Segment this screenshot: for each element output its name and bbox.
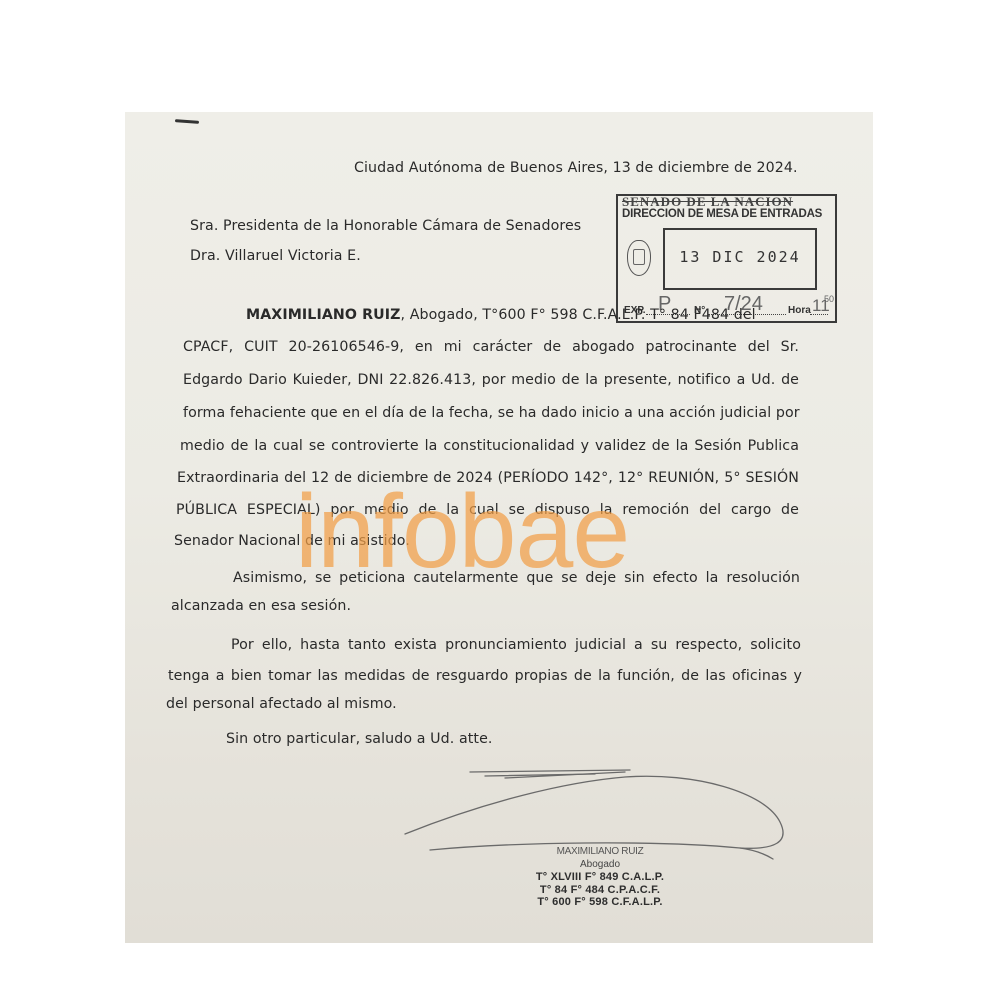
- signature-stamp: MAXIMILIANO RUIZ Abogado T° XLVIII F° 84…: [510, 846, 690, 909]
- infobae-watermark: infobae: [295, 480, 629, 584]
- paragraph-1-line-8: Senador Nacional de mi asistido.: [174, 533, 410, 549]
- paragraph-1-line-6: Extraordinaria del 12 de diciembre de 20…: [177, 470, 799, 486]
- signature-stamp-name: MAXIMILIANO RUIZ: [510, 846, 690, 859]
- paragraph-3-line-2: tenga a bien tomar las medidas de resgua…: [168, 668, 802, 684]
- paragraph-2-line-2: alcanzada en esa sesión.: [171, 598, 351, 614]
- place-date: Ciudad Autónoma de Buenos Aires, 13 de d…: [354, 160, 798, 176]
- closing-line: Sin otro particular, saludo a Ud. atte.: [226, 731, 493, 747]
- paragraph-2-line-1: Asimismo, se peticiona cautelarmente que…: [233, 570, 800, 586]
- paragraph-1-line-3: Edgardo Dario Kuieder, DNI 22.826.413, p…: [183, 372, 799, 388]
- paragraph-3-line-1: Por ello, hasta tanto exista pronunciami…: [231, 637, 801, 653]
- stamp-date-box: 13 DIC 2024: [663, 228, 817, 290]
- signature-stamp-reg-1: T° XLVIII F° 849 C.A.L.P.: [510, 871, 690, 884]
- paragraph-3-line-3: del personal afectado al mismo.: [166, 696, 397, 712]
- paragraph-1-line-1-text: , Abogado, T°600 F° 598 C.F.A.L.P. T° 84…: [401, 307, 756, 323]
- coat-of-arms-icon: [627, 240, 651, 276]
- paragraph-1-line-5: medio de la cual se controvierte la cons…: [180, 438, 799, 454]
- addressee-line-2: Dra. Villaruel Victoria E.: [190, 248, 361, 264]
- lawyer-name: MAXIMILIANO RUIZ: [246, 307, 401, 323]
- document-page: Ciudad Autónoma de Buenos Aires, 13 de d…: [125, 112, 873, 943]
- stamp-date: 13 DIC 2024: [665, 248, 815, 266]
- paragraph-1-line-7: PÚBLICA ESPECIAL) por medio de la cual s…: [176, 502, 799, 518]
- paragraph-1-line-2: CPACF, CUIT 20-26106546-9, en mi carácte…: [183, 339, 799, 355]
- stamp-header-office: DIRECCION DE MESA DE ENTRADAS: [622, 208, 822, 220]
- signature-stamp-title: Abogado: [510, 859, 690, 872]
- reception-stamp: SENADO DE LA NACION DIRECCION DE MESA DE…: [616, 194, 837, 323]
- pen-mark: [175, 119, 199, 124]
- hour-minutes: 50: [824, 294, 834, 304]
- paragraph-1-line-4: forma fehaciente que en el día de la fec…: [183, 405, 799, 421]
- signature-stamp-reg-2: T° 84 F° 484 C.P.A.C.F.: [510, 884, 690, 897]
- paragraph-1-line-1: MAXIMILIANO RUIZ, Abogado, T°600 F° 598 …: [246, 307, 799, 323]
- addressee-line-1: Sra. Presidenta de la Honorable Cámara d…: [190, 218, 581, 234]
- signature-stamp-reg-3: T° 600 F° 598 C.F.A.L.P.: [510, 896, 690, 909]
